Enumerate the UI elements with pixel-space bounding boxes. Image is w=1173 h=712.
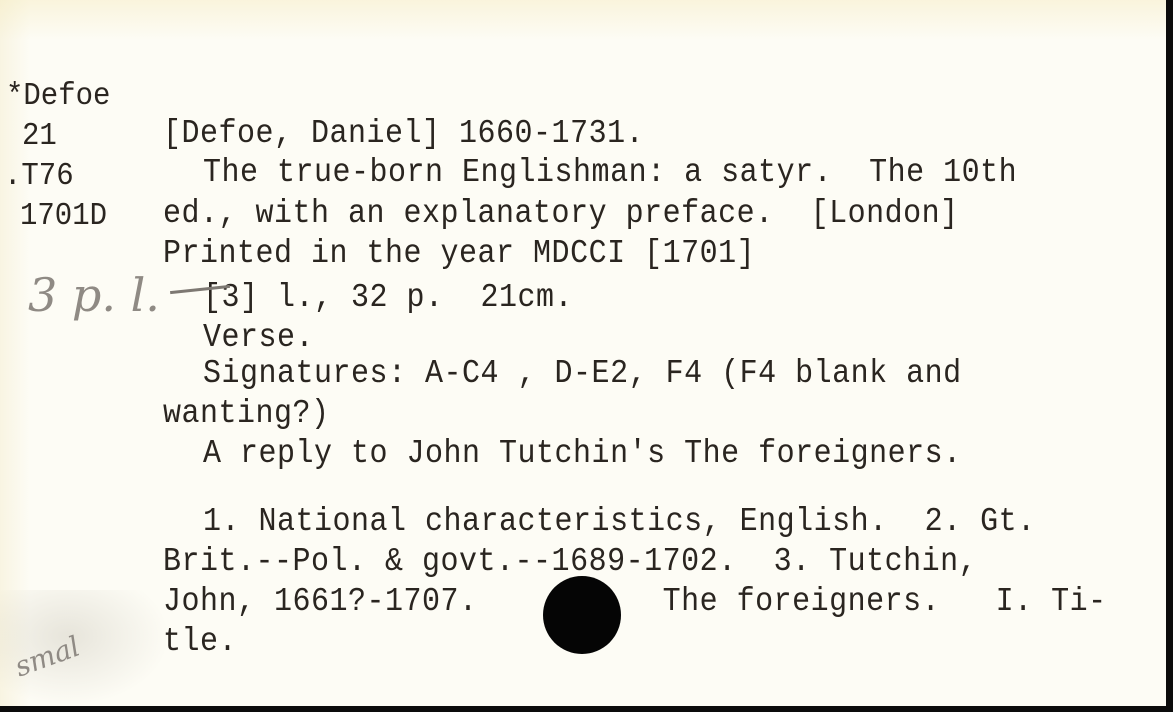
- call-number-line-1: *Defoe: [6, 80, 110, 113]
- collation: [3] l., 32 p. 21cm.: [203, 282, 573, 315]
- main-entry: [Defoe, Daniel] 1660-1731.: [163, 118, 644, 151]
- call-number-line-3: .T76: [4, 160, 74, 193]
- title-line-2: ed., with an explanatory preface. [Londo…: [163, 198, 959, 231]
- tracing-line-1: 1. National characteristics, English. 2.…: [203, 506, 1036, 539]
- note-verse: Verse.: [203, 322, 314, 355]
- imprint-line: Printed in the year MDCCI [1701]: [163, 238, 755, 271]
- call-number-line-2: 21: [22, 120, 57, 153]
- note-signatures: Signatures: A-C4 , D-E2, F4 (F4 blank an…: [203, 358, 962, 391]
- note-reply: A reply to John Tutchin's The foreigners…: [203, 438, 962, 471]
- tracing-line-3: John, 1661?-1707. The foreigners. I. Ti-: [163, 586, 1107, 619]
- note-signatures-cont: wanting?): [163, 398, 330, 431]
- call-number-line-4: 1701D: [20, 200, 107, 233]
- catalog-card: *Defoe 21 .T76 1701D [Defoe, Daniel] 166…: [0, 0, 1166, 706]
- handwritten-margin-note: 3 p. l.: [28, 268, 160, 322]
- tracing-line-4: tle.: [163, 626, 237, 659]
- tracing-line-2: Brit.--Pol. & govt.--1689-1702. 3. Tutch…: [163, 546, 977, 579]
- title-line-1: The true-born Englishman: a satyr. The 1…: [203, 157, 1017, 190]
- punch-hole: [543, 576, 621, 654]
